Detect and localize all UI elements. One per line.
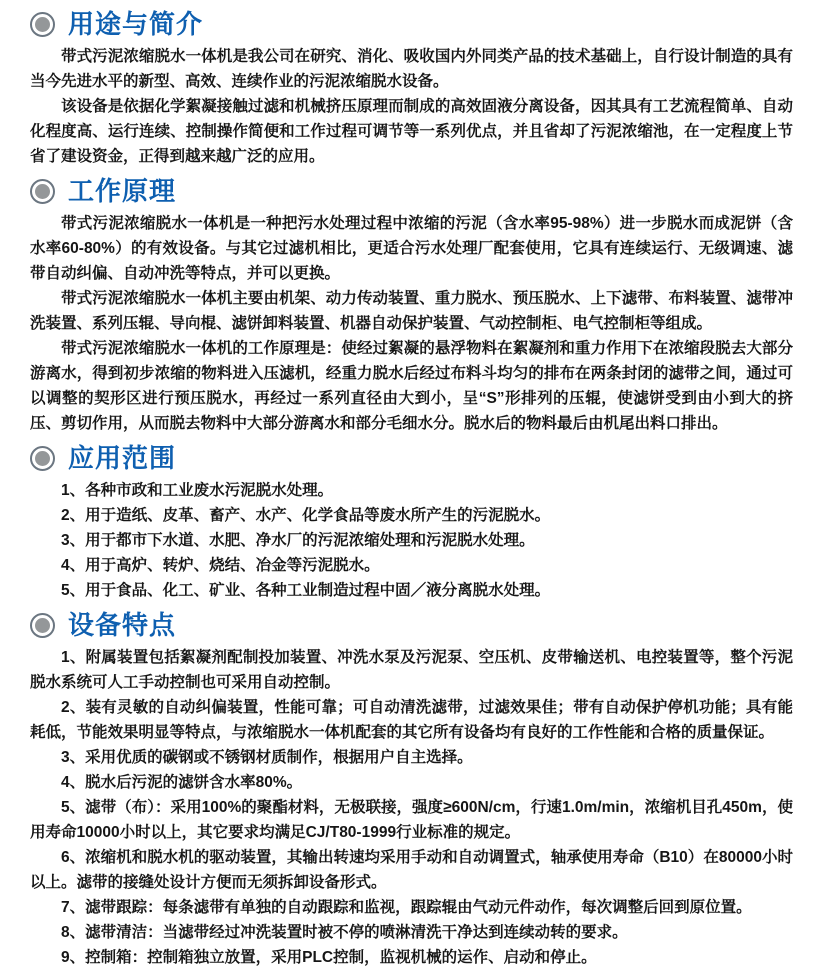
section-purpose-intro: 用途与简介 带式污泥浓缩脱水一体机是我公司在研究、消化、吸收国内外同类产品的技术… (30, 10, 793, 169)
list-item: 5、滤带（布）：采用100%的聚酯材料，无极联接，强度≥600N/cm，行速1.… (30, 795, 793, 845)
list-item: 5、用于食品、化工、矿业、各种工业制造过程中固／液分离脱水处理。 (30, 578, 793, 603)
section-title: 用途与简介 (68, 10, 203, 40)
section-title: 工作原理 (68, 177, 176, 207)
paragraph: 带式污泥浓缩脱水一体机是一种把污水处理过程中浓缩的污泥（含水率95-98%）进一… (30, 211, 793, 286)
paragraph: 带式污泥浓缩脱水一体机的工作原理是：使经过絮凝的悬浮物料在絮凝剂和重力作用下在浓… (30, 336, 793, 436)
bullet-circle-icon (30, 446, 55, 471)
paragraph: 带式污泥浓缩脱水一体机是我公司在研究、消化、吸收国内外同类产品的技术基础上，自行… (30, 44, 793, 94)
section-header: 应用范围 (30, 444, 793, 474)
list-item: 4、脱水后污泥的滤饼含水率80%。 (30, 770, 793, 795)
list-item: 3、采用优质的碳钢或不锈钢材质制作，根据用户自主选择。 (30, 745, 793, 770)
bullet-circle-icon (30, 12, 55, 37)
bullet-circle-inner (35, 451, 50, 466)
section-header: 工作原理 (30, 177, 793, 207)
list-item: 3、用于都市下水道、水肥、净水厂的污泥浓缩处理和污泥脱水处理。 (30, 528, 793, 553)
list-item: 1、附属装置包括絮凝剂配制投加装置、冲洗水泵及污泥泵、空压机、皮带输送机、电控装… (30, 645, 793, 695)
paragraph: 该设备是依据化学絮凝接触过滤和机械挤压原理而制成的高效固液分离设备，因其具有工艺… (30, 94, 793, 169)
document-page: 用途与简介 带式污泥浓缩脱水一体机是我公司在研究、消化、吸收国内外同类产品的技术… (0, 0, 825, 970)
list-item: 2、装有灵敏的自动纠偏装置，性能可靠；可自动清洗滤带，过滤效果佳；带有自动保护停… (30, 695, 793, 745)
paragraph: 带式污泥浓缩脱水一体机主要由机架、动力传动装置、重力脱水、预压脱水、上下滤带、布… (30, 286, 793, 336)
bullet-circle-inner (35, 184, 50, 199)
section-working-principle: 工作原理 带式污泥浓缩脱水一体机是一种把污水处理过程中浓缩的污泥（含水率95-9… (30, 177, 793, 436)
section-equipment-features: 设备特点 1、附属装置包括絮凝剂配制投加装置、冲洗水泵及污泥泵、空压机、皮带输送… (30, 611, 793, 970)
list-item: 4、用于高炉、转炉、烧结、冶金等污泥脱水。 (30, 553, 793, 578)
section-title: 设备特点 (68, 611, 176, 641)
bullet-circle-inner (35, 618, 50, 633)
section-title: 应用范围 (68, 444, 176, 474)
list-item: 9、控制箱：控制箱独立放置，采用PLC控制，监视机械的运作、启动和停止。 (30, 945, 793, 970)
bullet-circle-icon (30, 179, 55, 204)
list-item: 7、滤带跟踪：每条滤带有单独的自动跟踪和监视，跟踪辊由气动元件动作，每次调整后回… (30, 895, 793, 920)
bullet-circle-inner (35, 17, 50, 32)
list-item: 6、浓缩机和脱水机的驱动装置，其输出转速均采用手动和自动调置式，轴承使用寿命（B… (30, 845, 793, 895)
bullet-circle-icon (30, 613, 55, 638)
section-header: 设备特点 (30, 611, 793, 641)
section-application-scope: 应用范围 1、各种市政和工业废水污泥脱水处理。 2、用于造纸、皮革、畜产、水产、… (30, 444, 793, 603)
list-item: 1、各种市政和工业废水污泥脱水处理。 (30, 478, 793, 503)
section-header: 用途与简介 (30, 10, 793, 40)
list-item: 8、滤带清洁：当滤带经过冲洗装置时被不停的喷淋清洗干净达到连续动转的要求。 (30, 920, 793, 945)
list-item: 2、用于造纸、皮革、畜产、水产、化学食品等废水所产生的污泥脱水。 (30, 503, 793, 528)
